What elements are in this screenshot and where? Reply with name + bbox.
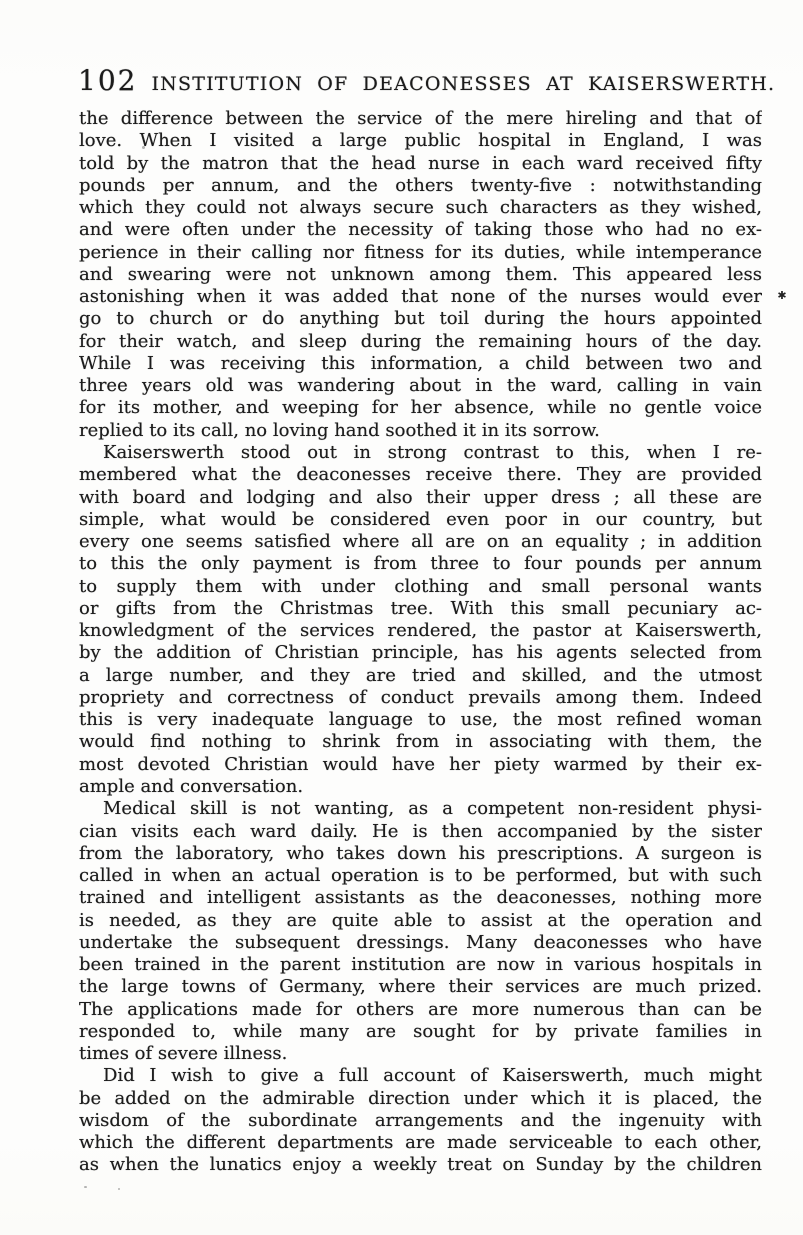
text-line: as when the lunatics enjoy a weekly trea… bbox=[79, 1154, 762, 1176]
margin-asterisk-mark: ✱ bbox=[775, 289, 789, 303]
text-line: cian visits each ward daily. He is then … bbox=[79, 821, 762, 843]
text-line: trained and intelligent assistants as th… bbox=[79, 887, 762, 909]
text-line: the large towns of Germany, where their … bbox=[79, 976, 762, 998]
text-line: times of severe illness. bbox=[79, 1043, 762, 1065]
text-line: or gifts from the Christmas tree. With t… bbox=[79, 598, 762, 620]
text-line: membered what the deaconesses receive th… bbox=[79, 464, 762, 486]
text-block: the difference between the service of th… bbox=[79, 108, 762, 1177]
text-line: been trained in the parent institution a… bbox=[79, 954, 762, 976]
text-line: knowledgment of the services rendered, t… bbox=[79, 620, 762, 642]
book-page: 102 INSTITUTION OF DEACONESSES AT KAISER… bbox=[0, 0, 803, 1235]
running-title: INSTITUTION OF DEACONESSES AT KAISERSWER… bbox=[151, 73, 775, 95]
page-number: 102 bbox=[78, 64, 137, 97]
text-line: from the laboratory, who takes down his … bbox=[79, 843, 762, 865]
text-line: Medical skill is not wanting, as a compe… bbox=[79, 798, 762, 820]
text-line: is needed, as they are quite able to ass… bbox=[79, 910, 762, 932]
text-line: would find nothing to shrink from in ass… bbox=[79, 731, 762, 753]
text-line: told by the matron that the head nurse i… bbox=[79, 153, 762, 175]
text-line: replied to its call, no loving hand soot… bbox=[79, 420, 762, 442]
text-line: While I was receiving this information, … bbox=[79, 353, 762, 375]
page-header: 102 INSTITUTION OF DEACONESSES AT KAISER… bbox=[78, 64, 762, 97]
text-line: three years old was wandering about in t… bbox=[79, 375, 762, 397]
text-line: a large number, and they are tried and s… bbox=[79, 665, 762, 687]
scanned-book-page: { "header": { "page_number": "102", "run… bbox=[0, 0, 803, 1235]
text-line: simple, what would be considered even po… bbox=[79, 509, 762, 531]
text-line: wisdom of the subordinate arrangements a… bbox=[79, 1110, 762, 1132]
text-line: propriety and correctness of conduct pre… bbox=[79, 687, 762, 709]
text-line: by the addition of Christian principle, … bbox=[79, 642, 762, 664]
scan-speck bbox=[118, 1188, 120, 1190]
text-line: for its mother, and weeping for her abse… bbox=[79, 397, 762, 419]
scan-speck bbox=[158, 748, 160, 750]
text-line: with board and lodging and also their up… bbox=[79, 487, 762, 509]
text-line: be added on the admirable direction unde… bbox=[79, 1088, 762, 1110]
text-line: for their watch, and sleep during the re… bbox=[79, 331, 762, 353]
text-line: this is very inadequate language to use,… bbox=[79, 709, 762, 731]
text-line: to supply them with under clothing and s… bbox=[79, 576, 762, 598]
text-line: ample and conversation. bbox=[79, 776, 762, 798]
text-line: Did I wish to give a full account of Kai… bbox=[79, 1065, 762, 1087]
text-line: which the different departments are made… bbox=[79, 1132, 762, 1154]
text-line: which they could not always secure such … bbox=[79, 197, 762, 219]
scan-speck bbox=[84, 1186, 87, 1188]
text-line: love. When I visited a large public hosp… bbox=[79, 130, 762, 152]
text-line: called in when an actual operation is to… bbox=[79, 865, 762, 887]
text-line: and swearing were not unknown among them… bbox=[79, 264, 762, 286]
text-line: undertake the subsequent dressings. Many… bbox=[79, 932, 762, 954]
scan-speck bbox=[142, 146, 145, 149]
text-line: Kaiserswerth stood out in strong contras… bbox=[79, 442, 762, 464]
text-line: to this the only payment is from three t… bbox=[79, 553, 762, 575]
text-line: responded to, while many are sought for … bbox=[79, 1021, 762, 1043]
text-line: perience in their calling nor fitness fo… bbox=[79, 242, 762, 264]
text-line: the difference between the service of th… bbox=[79, 108, 762, 130]
text-line: go to church or do anything but toil dur… bbox=[79, 308, 762, 330]
text-line: most devoted Christian would have her pi… bbox=[79, 754, 762, 776]
text-line: The applications made for others are mor… bbox=[79, 999, 762, 1021]
text-line: pounds per annum, and the others twenty-… bbox=[79, 175, 762, 197]
text-line: and were often under the necessity of ta… bbox=[79, 219, 762, 241]
text-line: astonishing when it was added that none … bbox=[79, 286, 762, 308]
text-line: every one seems satisfied where all are … bbox=[79, 531, 762, 553]
